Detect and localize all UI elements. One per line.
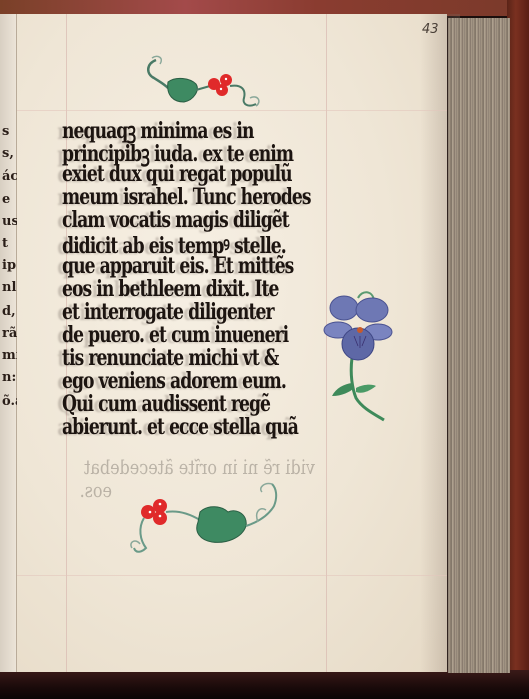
top-berry-sprig-icon: [138, 50, 268, 115]
bleed-through-text: eos.: [48, 478, 112, 502]
left-page-fragment: d,: [2, 304, 16, 319]
page-edges-stack: [448, 18, 510, 673]
left-page-fragment: s: [2, 124, 9, 139]
left-page-fragment: s,: [2, 146, 14, 161]
book-binding-right: [507, 0, 529, 699]
left-page-fragment: rã: [2, 326, 17, 341]
ruling-line-horizontal: [17, 575, 447, 576]
left-page-fragment: nl: [2, 280, 16, 295]
folio-number: 43: [422, 22, 439, 37]
bottom-berry-sprig-icon: [128, 482, 288, 562]
left-page-fragment: ác: [2, 169, 18, 184]
book-binding-bottom: [0, 670, 529, 699]
violet-flower-icon: [322, 288, 402, 423]
left-page-fragment: e: [2, 192, 10, 207]
text-line: abierunt. et ecce stella quã: [62, 414, 298, 440]
left-page-fragment: ip: [2, 258, 16, 273]
left-page-fragment: n:: [2, 370, 16, 385]
left-page-edge: s s, ác e us t ip nl d, rã mị n: õ.a.: [0, 14, 17, 672]
left-page-fragment: t: [2, 236, 8, 251]
bleed-through-text: vidi rẽ ni in orĩte ãtecedebat: [84, 455, 315, 479]
